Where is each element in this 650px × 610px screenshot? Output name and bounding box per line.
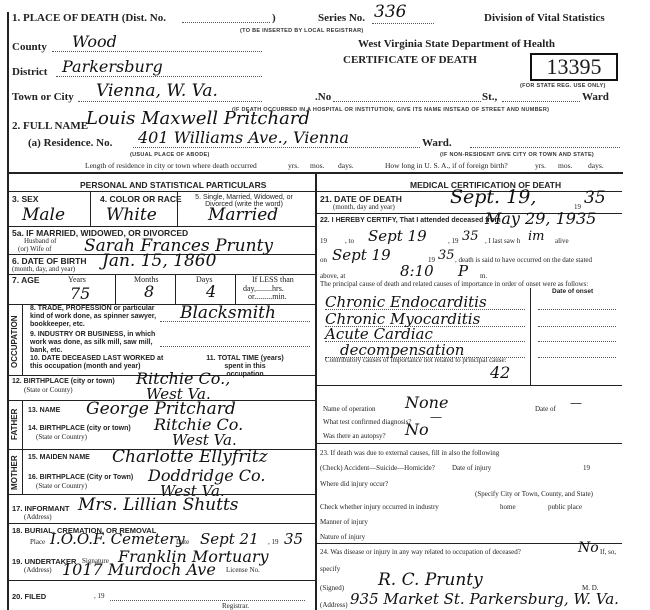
sex-label: 3. SEX xyxy=(12,194,38,204)
dod-year-value: 35 xyxy=(584,188,606,208)
time-of-death-value: 8:10 xyxy=(400,262,434,280)
usual-abode-note: (USUAL PLACE OF ABODE) xyxy=(130,152,210,158)
age-years-value: 75 xyxy=(70,284,90,303)
informant-value: Mrs. Lillian Shutts xyxy=(78,495,239,515)
trade-value: Blacksmith xyxy=(180,303,276,323)
informant-label: 17. INFORMANT xyxy=(12,504,70,513)
dob-value: Jan. 15, 1860 xyxy=(102,251,216,271)
age-months-value: 8 xyxy=(144,282,154,301)
burial-year-value: 35 xyxy=(284,530,303,548)
last-saw-pronoun-value: im xyxy=(528,229,545,244)
signed-value: R. C. Prunty xyxy=(378,570,483,590)
sex-value: Male xyxy=(22,205,65,225)
residence-ward-label: Ward. xyxy=(422,137,452,149)
series-label: Series No. xyxy=(318,12,365,24)
age-days-value: 4 xyxy=(206,282,216,301)
how-long-usa-label: How long in U. S. A., if of foreign birt… xyxy=(385,161,508,170)
last-saw-year-value: 35 xyxy=(438,248,455,263)
dod-value: Sept. 19, xyxy=(450,186,536,208)
length-residence-label: Length of residence in city or town wher… xyxy=(85,161,257,170)
district-label: District xyxy=(12,66,47,78)
county-label: County xyxy=(12,41,47,53)
mother-name-label: 15. MAIDEN NAME xyxy=(28,454,90,461)
burial-place-value: I.O.O.F. Cemetery xyxy=(50,530,185,548)
contributory-label: Contributory causes of importance not re… xyxy=(325,356,507,364)
place-of-death-close: ) xyxy=(272,12,276,24)
no-label: .No xyxy=(315,91,331,103)
date-of-onset-label: Date of onset xyxy=(552,288,593,295)
dist-note: (TO BE INSERTED BY LOCAL REGISTRAR) xyxy=(240,28,364,34)
industry-label: 9. INDUSTRY OR BUSINESS, in which work w… xyxy=(30,331,165,355)
father-side-label: FATHER xyxy=(10,409,19,440)
county-value: Wood xyxy=(72,32,117,51)
marital-value: Married xyxy=(208,205,278,225)
burial-date-value: Sept 21 xyxy=(200,530,259,548)
father-bp-label: 14. BIRTHPLACE (city or town) xyxy=(28,425,131,432)
color-label: 4. COLOR OR RACE xyxy=(100,194,182,204)
principal-cause-label: The principal cause of death and related… xyxy=(320,280,588,288)
mother-name-value: Charlotte Ellyfritz xyxy=(112,447,268,467)
mother-side-label: MOTHER xyxy=(10,455,19,490)
birthplace-label: 12. BIRTHPLACE (city or town) xyxy=(12,378,115,385)
autopsy-value: No xyxy=(405,420,429,439)
certificate-title: CERTIFICATE OF DEATH xyxy=(343,54,477,66)
nonresident-note: (IF NON-RESIDENT GIVE CITY OR TOWN AND S… xyxy=(440,152,594,158)
district-value: Parkersburg xyxy=(62,57,163,76)
color-value: White xyxy=(106,205,157,225)
residence-value: 401 Williams Ave., Vienna xyxy=(138,128,349,147)
trade-label: 8. TRADE, PROFESSION or particular kind … xyxy=(30,305,165,329)
diagnosis-value: — xyxy=(430,410,442,424)
last-saw-date-value: Sept 19 xyxy=(332,246,391,264)
ampm-value: P xyxy=(458,262,468,280)
place-of-death-label: 1. PLACE OF DEATH (Dist. No. xyxy=(12,12,166,24)
left-border xyxy=(7,12,9,610)
filed-label: 20. FILED xyxy=(12,592,46,601)
center-divider xyxy=(315,173,317,610)
occupation-side-label: OCCUPATION xyxy=(10,315,19,368)
attended-to-value: Sept 19 xyxy=(368,227,427,245)
town-label: Town or City xyxy=(12,91,74,103)
ward-label: Ward xyxy=(582,91,609,103)
undertaker-address-value: 1017 Murdoch Ave xyxy=(62,560,216,579)
st-label: St., xyxy=(482,91,497,103)
age-label: 7. AGE xyxy=(12,275,40,285)
operation-date-value: — xyxy=(570,396,582,410)
occupation-related-value: No xyxy=(578,540,599,556)
residence-label: (a) Residence. No. xyxy=(28,137,112,149)
physician-address-value: 935 Market St. Parkersburg, W. Va. xyxy=(350,590,619,608)
full-name-label: 2. FULL NAME xyxy=(12,120,88,132)
state-number: 13395 xyxy=(532,55,616,79)
series-value: 336 xyxy=(374,2,406,22)
certify-label: 22. I HEREBY CERTIFY, That I attended de… xyxy=(320,217,501,224)
mother-bp-label: 16. BIRTHPLACE (City or Town) xyxy=(28,474,133,481)
division-label: Division of Vital Statistics xyxy=(484,12,605,24)
state-number-box: 13395 xyxy=(530,53,618,81)
full-name-value: Louis Maxwell Pritchard xyxy=(86,108,310,129)
contributory-value: 42 xyxy=(490,363,510,382)
department-label: West Virginia State Department of Health xyxy=(358,38,555,50)
to-year-value: 35 xyxy=(462,229,479,244)
personal-section-title: PERSONAL AND STATISTICAL PARTICULARS xyxy=(80,180,266,190)
town-value: Vienna, W. Va. xyxy=(96,81,218,101)
state-number-note: (FOR STATE REG. USE ONLY) xyxy=(520,83,606,89)
attended-from-value: May 29, 1935 xyxy=(485,209,596,228)
father-name-label: 13. NAME xyxy=(28,407,60,414)
